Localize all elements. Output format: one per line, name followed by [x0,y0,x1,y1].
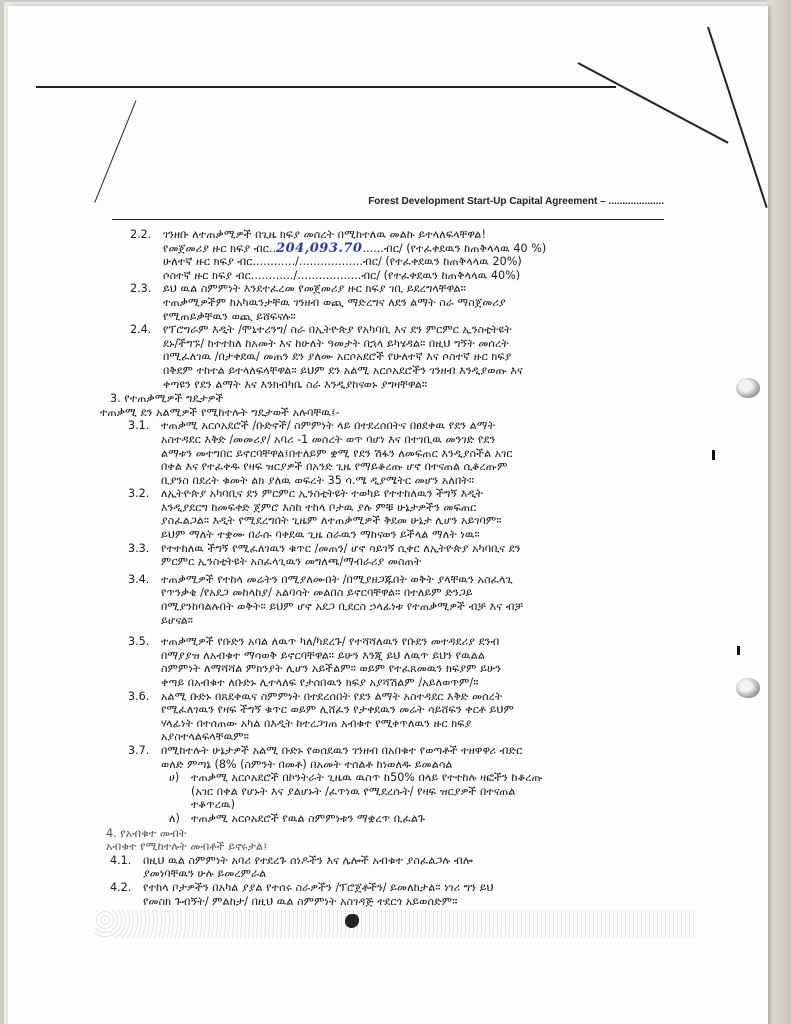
clause-line: ለኢትዮጵያ አካባቢና ደን ምርምር ኢንስቲትዩት ተወካይ የተተከለዉ… [161,487,680,501]
clause-line: ምርምር ኢንስቲትዩት አስፈላጊዉን መግለጫ/ማብራሪያ መስጠት [161,555,680,569]
clause-line: ተጠቃሚ አርሶአደሮች /ቡድኖች/ ስምምነት ላይ በተደረሰበትና በፀ… [161,419,680,433]
clause-number: 2.4. [130,323,151,337]
clause-line: በዚህ ዉል ስምምነት አባሪ የተደረጉ ሰነዶችን እና ሌሎች አብቁተ… [143,854,680,868]
clause-number: 4.2. [110,881,131,895]
subclause-marker: ለ) [169,812,180,826]
clause-line: ወለድ ምጣኔ (8% (ስምንት በመቶ) በአመት ተሰልቶ ከነወለዱ ይ… [161,758,680,772]
clause-line: ደኑ/ችግኙ/ ከተተከለ ከአመት እና ከሁለት ዓመታት በኋላ ይካሄዳ… [163,337,680,351]
section-3-heading: 3. የተጠቃሚዎች ግዴታዎች [110,392,680,406]
clause-line: የሚፈለገዉን የዛፍ ችግኝ ቁጥር ወይም ሊሸፈን የታቀደዉን መሬት … [161,703,680,717]
clause-line: ቢያንስ በደረት ቁመት ልክ ያለዉ ወፍረት 35 ሳ.ሜ ዲያሜትር መ… [161,474,680,488]
clause-2-4: 2.4. የፕሮግራም እዲት /ሞኒተሪንግ/ ስራ በኢትዮጵያ የአካባቢ… [130,323,680,391]
clause-line: ስምምነት ለማሻሻል ምክንያት ሊሆን አይችልም። ወይም የተፈጸመዉን… [161,662,680,676]
clause-line: ሃላፊነት በተሰጠው አካል በእዲት ከተረጋገጠ አብቁተ የሚቀጥለዉን… [161,717,680,731]
payment-suffix: ......ብር/ (የተፈቀደዉን ከጠቅላላዉ 40 %) [362,242,546,255]
clause-line: በማያያዝ ለአብቁተ ማሳወቅ ይኖርባቸዋል። ይሁን እንጂ ይህ ለዉጥ… [161,649,680,663]
running-header: Forest Development Start-Up Capital Agre… [112,194,664,220]
clause-line: ተጠቃሚዎች የተከላ መሬትን በሚያለሙበት /በሚያዘጋጁበት ወቅት ያ… [161,573,680,587]
clause-line: እንዲያደርግ ከመፍቀድ ጀምሮ እስከ ተከላ ቦታዉ ያሉ ምቹ ሁኔታዎ… [161,501,680,515]
clause-4-2: 4.2. የተከላ ቦታዎችን በአካል ያያል የተሰሩ ስራዎችን /ፕሮጀ… [110,881,680,908]
payment-label: የመጀመሪያ ዙር ክፍያ ብር.. [163,242,276,255]
clause-line: የሚጠይቃቸዉን ወጪ ይሸፍናሉ። [163,310,680,324]
clause-line: በሚያንከባልሉበት ወቅት። ይህም ሆኖ አደጋ ቢደርስ ኃላፊነቱ የተ… [161,600,680,614]
clause-line: ተጠቃሚ አርሶአደሮች የዉል ስምምነቱን ማቋረጥ ቢፈልጉ [191,812,680,826]
fold-crease-line [578,62,729,144]
document-body: 2.2. ገንዘቡ ለተጠቃሚዎች በጊዜ ክፍያ መሰረት በሚከተለዉ መል… [100,228,680,908]
header-rule [112,219,664,220]
clause-line: በሚከተሉት ሁኔታዎች አልሚ ቡድኑ የወሰደዉን ገንዘብ በአበቁተ የ… [161,744,680,758]
payment-label: ሁለተኛ ዙር ክፍያ ብር [163,255,252,268]
section-3-intro: ተጠቃሚ ደን አልሚዎች የሚከተሉት ግዴታወች አሉባቸዉ፤- [100,406,680,420]
punch-hole [736,378,760,398]
header-title: Forest Development Start-Up Capital Agre… [368,196,664,207]
clause-line: በሚፈለገዉ /በታቀደዉ/ መጠን ደን ያለሙ አርሶአደሮች የሁለተኛ … [163,350,680,364]
section-4-intro: አብቁተ የሚከተሉት መብቶች ይኖሩታል፤ [106,840,680,854]
clause-line: ቀጣዩን የደን ልማት እና እንክብካቤ ስራ እንዲያከናወኑ ያግዛቸዋ… [163,378,680,392]
clause-number: 3.1. [128,419,149,433]
clause-line: ይህም ማለት ተቋሙ በራሱ ባቀደዉ ጊዜ ስራዉን ማከናወን ይችላል … [161,528,680,542]
clause-number: 3.4. [128,573,149,587]
clause-3-4: 3.4. ተጠቃሚዎች የተከላ መሬትን በሚያለሙበት /በሚያዘጋጁበት … [128,573,680,627]
clause-line: የጥንቃቄ /የአደጋ መከላከያ/ አልባሳት መልበስ ይኖርባቸዋል። በ… [161,586,680,600]
subclause-marker: ሀ) [169,771,179,785]
clause-line: ተጠቃሚ አርሶአደሮች በኮንትራት ጊዜዉ ዉስጥ ከ50% በላይ የተተ… [191,771,680,785]
clause-line: የተተከለዉ ችግኝ የሚፈለገዉን ቁጥር /መጠን/ ሆኖ ሳይገኝ ሲቀር… [161,542,680,556]
clause-line: ገንዘቡ ለተጠቃሚዎች በጊዜ ክፍያ መሰረት በሚከተለዉ መልኩ ይተላ… [163,228,680,242]
clause-3-3: 3.3. የተተከለዉ ችግኝ የሚፈለገዉን ቁጥር /መጠን/ ሆኖ ሳይገ… [128,542,680,569]
top-fold-rule [36,86,616,88]
clause-2-3: 2.3. ይህ ዉል ስምምነት እንደተፈረመ የመጀመሪያ ዙር ክፍያ ገ… [130,282,680,323]
clause-3-6: 3.6. አልሚ ቡድኑ በጸደቀዉና ስምምነት በተደረሰበት የደን ልማ… [128,690,680,744]
subclause-a: ሀ) ተጠቃሚ አርሶአደሮች በኮንትራት ጊዜዉ ዉስጥ ከ50% በላይ … [169,771,680,812]
payment-line-3: ሶስተኛ ዙር ክፍያ ብር............/.............… [163,269,680,283]
clause-line: ይሆናል። [161,614,680,628]
clause-line: የተከላ ቦታዎችን በአካል ያያል የተሰሩ ስራዎችን /ፕሮጀቶችን/ … [143,881,680,895]
clause-line: የፕሮግራም እዲት /ሞኒተሪንግ/ ስራ በኢትዮጵያ የአካባቢ እና ደ… [163,323,680,337]
fold-crease-line [94,100,136,202]
clause-line: ያስፈልጋል። እዲት የሚደረግበት ጊዜም ለተጠቃሚዎች ቅደመ ሁኔታ … [161,514,680,528]
scan-mark [712,450,715,460]
clause-number: 2.2. [130,228,151,242]
payment-line-1: የመጀመሪያ ዙር ክፍያ ብር..204,093.70......ብር/ (የ… [163,242,680,256]
clause-line: ቀጣይ በአብቁተ ለቡድኑ ሊተላለፍ የታሰበዉን ክፍያ አያሻሽልም /… [161,676,680,690]
fold-crease-line [707,27,768,208]
subclause-b: ለ) ተጠቃሚ አርሶአደሮች የዉል ስምምነቱን ማቋረጥ ቢፈልጉ [169,812,680,826]
punch-hole [736,678,760,698]
section-4-heading: 4. የአብቁተ መብት [106,827,680,841]
payment-label: ሶስተኛ ዙር ክፍያ ብር [163,269,251,282]
clause-2-2: 2.2. ገንዘቡ ለተጠቃሚዎች በጊዜ ክፍያ መሰረት በሚከተለዉ መል… [130,228,680,282]
payment-suffix: ............/..................ብር/ (የተፈቀ… [252,255,521,268]
clause-number: 4.1. [110,854,131,868]
clause-line: አያስተላልፍላቸዉም። [161,730,680,744]
clause-line: በቀል እና የተፈቀዱ የዛፍ ዝርያዎች በአንድ ጊዜ የማይቆረጡ ሆኖ… [161,460,680,474]
clause-number: 3.5. [128,635,149,649]
clause-line: ልማቱን መተግበር ይኖርባቸዋል፤በተለይም ቋሚ የደን ሽፋን ለመፍጠ… [161,447,680,461]
clause-3-5: 3.5. ተጠቃሚዎች የቡድን አባል ለዉጥ ካለ/ካደረጉ/ የተሻሻለዉ… [128,635,680,689]
clause-4-1: 4.1. በዚህ ዉል ስምምነት አባሪ የተደረጉ ሰነዶችን እና ሌሎች… [110,854,680,881]
clause-line: ተጠቃሚዎችም ከአካዉንታቸዉ ገንዘብ ወጪ ማድረግና ለደን ልማት ስ… [163,296,680,310]
clause-line: አልሚ ቡድኑ በጸደቀዉና ስምምነት በተደረሰበት የደን ልማት አስተ… [161,690,680,704]
clause-number: 3.7. [128,744,149,758]
clause-line: (አገር በቀል የሆኑት እና ያልሆኑት /ፈጥነዉ የሚደረሱት/ የዛፍ… [191,785,680,799]
clause-number: 3.6. [128,690,149,704]
clause-3-1: 3.1. ተጠቃሚ አርሶአደሮች /ቡድኖች/ ስምምነት ላይ በተደረሰበ… [128,419,680,487]
clause-line: ተቆጥረዉ) [191,798,680,812]
clause-line: የመስክ ጉብኝት/ ምልከታ/ በዚህ ዉል ስምምነት አስገዳጅ ተደርጎ… [143,895,680,909]
payment-line-2: ሁለተኛ ዙር ክፍያ ብር............/.............… [163,255,680,269]
scan-mark [737,646,740,655]
clause-line: አስተዳደር እቅድ /መመሪያ/ አባሪ -1 መሰረት ወጥ ባሆነ እና … [161,433,680,447]
clause-number: 2.3. [130,282,151,296]
scan-noise [95,910,695,938]
clause-line: ያመነባቸዉን ሁሉ ይመረምራል [143,867,680,881]
payment-suffix: ............/..................ብር/ (የተፈቀ… [251,269,520,282]
clause-line: ይህ ዉል ስምምነት እንደተፈረመ የመጀመሪያ ዙር ክፍያ ገቢ ይደረ… [163,282,680,296]
clause-number: 3.2. [128,487,149,501]
handwritten-amount: 204,093.70 [276,241,362,256]
clause-number: 3.3. [128,542,149,556]
scanner-edge [767,0,791,1024]
clause-line: በቅደም ተከተል ይተላለፍላቸዋል። ይህም ደን አልሚ አርሶአደሮችን… [163,364,680,378]
clause-3-7: 3.7. በሚከተሉት ሁኔታዎች አልሚ ቡድኑ የወሰደዉን ገንዘብ በአ… [128,744,680,826]
clause-line: ተጠቃሚዎች የቡድን አባል ለዉጥ ካለ/ካደረጉ/ የተሻሻለዉን የቡደ… [161,635,680,649]
clause-3-2: 3.2. ለኢትዮጵያ አካባቢና ደን ምርምር ኢንስቲትዩት ተወካይ የ… [128,487,680,541]
